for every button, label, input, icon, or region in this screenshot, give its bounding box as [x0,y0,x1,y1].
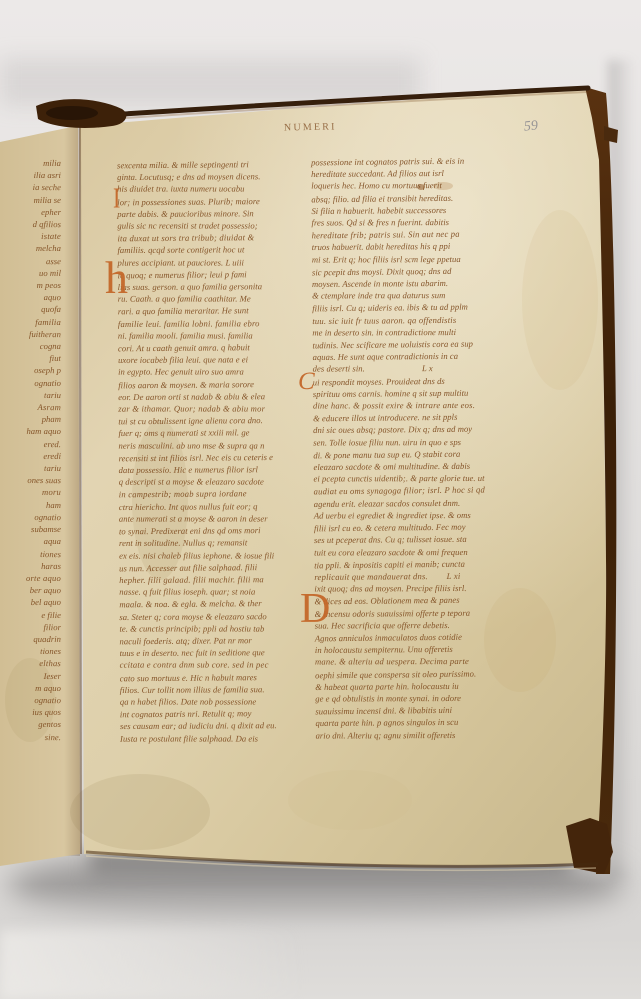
manuscript-line: ones suas [0,474,61,486]
manuscript-line: fiut [0,352,61,364]
manuscript-line: fuitheran [0,328,61,340]
manuscript-line: moru [0,486,61,498]
manuscript-line: tuit eu cora eleazaro sacdote & omi freq… [314,545,530,558]
manuscript-line: ham [0,499,61,511]
text-column-right: possessione int cognatos patris sui. & e… [311,154,532,741]
stain [522,210,598,390]
manuscript-line: Asram [0,401,61,413]
rubric-initial-C: C [298,369,315,394]
manuscript-line: eor. De aaron orti st nadab & abiu & ele… [118,390,308,403]
manuscript-line: d qfilios [0,218,61,230]
manuscript-line: Ieser [0,669,61,681]
manuscript-line: ario dni. Alteriu q; agnu similit offere… [316,728,532,741]
manuscript-line: milia se [0,194,61,206]
manuscript-line: m peos [0,279,61,291]
manuscript-line: ber aquo [0,584,61,596]
manuscript-line: ham aquo [0,425,61,437]
manuscript-line: ognatio [0,694,61,706]
manuscript-line: pham [0,413,61,425]
manuscript-line: cogna [0,340,61,352]
manuscript-line: parte dabis. & paucioribus minore. Sin [117,207,307,220]
manuscript-line: ses ut pceperat dns. Cu q; tulisset iosu… [314,533,530,547]
manuscript-line: quadrin [0,633,61,645]
manuscript-line: plures accipiant. ut pauciores. L uiii [118,256,308,268]
manuscript-line: qa n habet filios. Date nob possessione [120,695,310,707]
manuscript-line: ginta. Locutusq; e dns ad moysen dicens. [117,170,307,183]
manuscript-line: m aquo [0,682,61,694]
manuscript-line: ses causam ear; ad iudiciu dni. q dixit … [120,719,310,732]
manuscript-line: epher [0,206,61,218]
manuscript-line: aqua [0,535,61,547]
left-page-line-endings: miliailia asriia sechemilia seepherd qfi… [0,157,61,743]
stain [70,774,210,850]
manuscript-line: uo mil [0,267,61,279]
manuscript-line: des deserti sin. L x [313,362,529,375]
manuscript-line: te. & cunctis principib; ppli ad hostiu … [119,622,309,634]
manuscript-line: gentos [0,718,61,730]
manuscript-line: dni sic oues absq; pastore. Dix q; dns a… [313,423,529,437]
gutter-crease [80,126,81,854]
manuscript-line: melcha [0,242,61,254]
manuscript-line: ognatio [0,377,61,389]
manuscript-line: ilia asri [0,169,61,181]
manuscript-line: familiis. qcqd sorte contigerit hoc ut [117,243,307,256]
manuscript-line: neris masculini. ab uno mse & supra qa n [118,439,308,451]
manuscript-line: familie leui. familia lobni. familia ebr… [118,317,308,330]
manuscript-line: ered. [0,438,61,450]
manuscript-line: sine. [0,730,61,742]
manuscript-line: bel aquo [0,596,61,608]
manuscript-line: his diuidet tra. iuxta numeru uocabu [117,183,307,195]
manuscript-line: tiones [0,645,61,657]
manuscript-line: quofa [0,303,61,315]
manuscript-line: lias suas. gerson. a quo familia gersoni… [118,280,308,293]
manuscript-line: & habeat quarta parte hin. holocaustu iu [315,679,531,693]
manuscript-line: mane. & alteriu ad uespera. Decima parte [315,655,531,668]
manuscript-line: oseph p [0,364,61,376]
manuscript-line: rent in solitudine. Nullus q; remansit [119,536,309,549]
manuscript-line: ctra hiericho. Int quos nullus fuit eor;… [119,500,309,513]
manuscript-line: agendu erit. eleazar sacdos consulet dnm… [314,496,530,510]
running-title: NUMERI [284,121,337,133]
manuscript-line: elthas [0,657,61,669]
manuscript-line: e filie [0,609,61,621]
manuscript-line: ante numerati st a moyse & aaron in dese… [119,512,309,524]
clasp-stub [604,126,618,143]
rubric-initial-D: D [300,588,330,630]
manuscript-line: fuer q; oms q numerati st xxiii mil. ge [118,426,308,439]
manuscript-line: filior [0,621,61,633]
manuscript-line: tariu [0,462,61,474]
manuscript-line: Iusta re postulant filie salphaad. Da ei… [120,732,310,744]
manuscript-line: tuus e in deserto. nec fuit in seditione… [120,646,310,659]
manuscript-line: eredi [0,450,61,462]
manuscript-line: tuu. sic iuit fr tuus aaron. qa offendis… [312,313,528,327]
manuscript-line: ia seche [0,181,61,193]
manuscript-line: hepher. filii galaad. filii machir. fili… [119,573,309,586]
manuscript-line: in egypto. Hec genuit uiro suo amra [118,366,308,378]
manuscript-line: loqueris hec. Homo cu mortuus fuerit [311,179,527,192]
manuscript-line: orte aquo [0,572,61,584]
manuscript-line: tiones [0,547,61,559]
manuscript-line: filios. Cur tollit nom illius de familia… [120,683,310,696]
stain [288,770,412,830]
manuscript-line: data possessio. Hic e numerus filior isr… [119,463,309,476]
headcap-shadow [46,106,98,120]
manuscript-line: istate [0,230,61,242]
manuscript-line: & incensu odoris suauissimi offerte p te… [315,606,531,620]
folio-number: 59 [523,118,538,135]
manuscript-line: ni. familia mooli. familia musi. familia [118,329,308,341]
rubric-initial-h: h [105,255,128,301]
manuscript-photo: NUMERI 59 miliailia asriia sechemilia se… [0,0,641,999]
manuscript-line: truos habuerit. dabit hereditas his q pp… [312,240,528,254]
manuscript-line: asse [0,254,61,266]
manuscript-line: sa. Steter q; cora moyse & eleazaro sacd… [119,610,309,623]
manuscript-line: haras [0,560,61,572]
manuscript-line: ccitata e contra dnm sub core. sed in pe… [120,659,310,671]
manuscript-line: ius quos [0,706,61,718]
manuscript-line: quarta parte hin. p agnos singulos in sc… [315,716,531,730]
gutter-shade [64,126,80,856]
manuscript-line: ognatio [0,511,61,523]
rubric-initial-I: I [113,184,120,213]
manuscript-line: familia [0,316,61,328]
manuscript-line: tariu [0,389,61,401]
manuscript-line: subamse [0,523,61,535]
manuscript-line: aquo [0,291,61,303]
manuscript-line: milia [0,157,61,169]
manuscript-line: ex eis. nisi chaleb filius iephone. & io… [119,549,309,561]
text-column-left: sexcenta milia. & mille septingenti trig… [117,158,310,745]
